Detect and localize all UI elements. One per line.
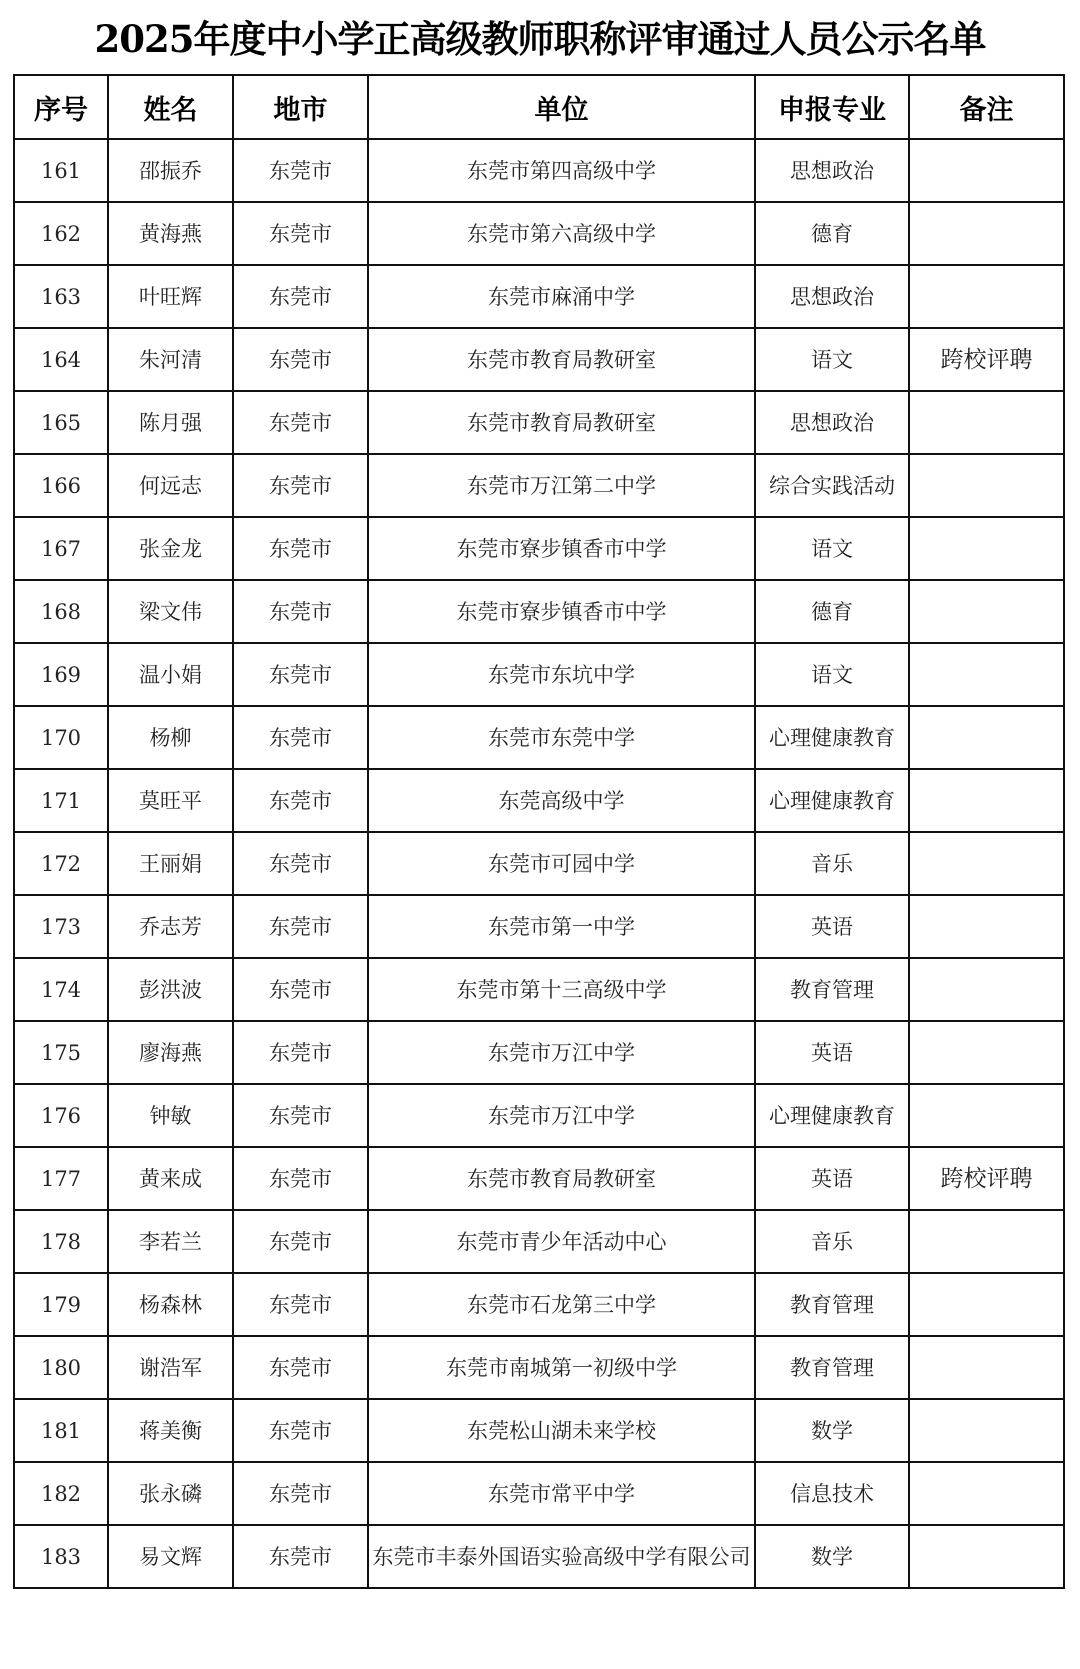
header-city: 地市 xyxy=(233,75,368,139)
cell-major: 心理健康教育 xyxy=(755,769,909,832)
cell-name: 何远志 xyxy=(108,454,233,517)
cell-remark xyxy=(909,580,1064,643)
cell-no: 176 xyxy=(14,1084,108,1147)
cell-major: 语文 xyxy=(755,643,909,706)
cell-city: 东莞市 xyxy=(233,517,368,580)
cell-major: 教育管理 xyxy=(755,1336,909,1399)
roster-table: 序号 姓名 地市 单位 申报专业 备注 161邵振乔东莞市东莞市第四高级中学思想… xyxy=(13,74,1065,1589)
cell-no: 183 xyxy=(14,1525,108,1588)
cell-city: 东莞市 xyxy=(233,895,368,958)
cell-no: 177 xyxy=(14,1147,108,1210)
cell-city: 东莞市 xyxy=(233,202,368,265)
cell-name: 廖海燕 xyxy=(108,1021,233,1084)
cell-city: 东莞市 xyxy=(233,1147,368,1210)
table-row: 180谢浩军东莞市东莞市南城第一初级中学教育管理 xyxy=(14,1336,1064,1399)
cell-remark: 跨校评聘 xyxy=(909,328,1064,391)
cell-unit: 东莞市东莞中学 xyxy=(368,706,755,769)
cell-no: 170 xyxy=(14,706,108,769)
table-row: 173乔志芳东莞市东莞市第一中学英语 xyxy=(14,895,1064,958)
cell-major: 音乐 xyxy=(755,832,909,895)
cell-no: 166 xyxy=(14,454,108,517)
cell-major: 语文 xyxy=(755,328,909,391)
cell-unit: 东莞松山湖未来学校 xyxy=(368,1399,755,1462)
cell-unit: 东莞市第六高级中学 xyxy=(368,202,755,265)
cell-city: 东莞市 xyxy=(233,391,368,454)
cell-unit: 东莞市麻涌中学 xyxy=(368,265,755,328)
header-major: 申报专业 xyxy=(755,75,909,139)
cell-remark xyxy=(909,643,1064,706)
cell-city: 东莞市 xyxy=(233,580,368,643)
table-row: 172王丽娟东莞市东莞市可园中学音乐 xyxy=(14,832,1064,895)
cell-no: 167 xyxy=(14,517,108,580)
table-row: 171莫旺平东莞市东莞高级中学心理健康教育 xyxy=(14,769,1064,832)
cell-name: 谢浩军 xyxy=(108,1336,233,1399)
cell-unit: 东莞市教育局教研室 xyxy=(368,328,755,391)
cell-remark xyxy=(909,1084,1064,1147)
cell-major: 思想政治 xyxy=(755,139,909,202)
document-title: 2025年度中小学正高级教师职称评审通过人员公示名单 xyxy=(0,14,1080,64)
cell-unit: 东莞市教育局教研室 xyxy=(368,1147,755,1210)
cell-no: 171 xyxy=(14,769,108,832)
cell-name: 温小娟 xyxy=(108,643,233,706)
cell-city: 东莞市 xyxy=(233,769,368,832)
cell-city: 东莞市 xyxy=(233,1336,368,1399)
cell-name: 张金龙 xyxy=(108,517,233,580)
header-unit: 单位 xyxy=(368,75,755,139)
cell-remark: 跨校评聘 xyxy=(909,1147,1064,1210)
cell-no: 174 xyxy=(14,958,108,1021)
cell-unit: 东莞市万江中学 xyxy=(368,1021,755,1084)
cell-city: 东莞市 xyxy=(233,454,368,517)
table-row: 168梁文伟东莞市东莞市寮步镇香市中学德育 xyxy=(14,580,1064,643)
cell-name: 易文辉 xyxy=(108,1525,233,1588)
table-row: 164朱河清东莞市东莞市教育局教研室语文跨校评聘 xyxy=(14,328,1064,391)
cell-name: 黄海燕 xyxy=(108,202,233,265)
cell-major: 英语 xyxy=(755,895,909,958)
cell-name: 钟敏 xyxy=(108,1084,233,1147)
table-row: 183易文辉东莞市东莞市丰泰外国语实验高级中学有限公司数学 xyxy=(14,1525,1064,1588)
cell-name: 彭洪波 xyxy=(108,958,233,1021)
table-row: 165陈月强东莞市东莞市教育局教研室思想政治 xyxy=(14,391,1064,454)
cell-unit: 东莞高级中学 xyxy=(368,769,755,832)
cell-major: 教育管理 xyxy=(755,1273,909,1336)
cell-remark xyxy=(909,517,1064,580)
cell-major: 综合实践活动 xyxy=(755,454,909,517)
cell-no: 163 xyxy=(14,265,108,328)
cell-remark xyxy=(909,391,1064,454)
cell-city: 东莞市 xyxy=(233,1462,368,1525)
cell-remark xyxy=(909,454,1064,517)
cell-name: 王丽娟 xyxy=(108,832,233,895)
table-row: 167张金龙东莞市东莞市寮步镇香市中学语文 xyxy=(14,517,1064,580)
table-row: 175廖海燕东莞市东莞市万江中学英语 xyxy=(14,1021,1064,1084)
cell-city: 东莞市 xyxy=(233,1210,368,1273)
cell-city: 东莞市 xyxy=(233,832,368,895)
cell-city: 东莞市 xyxy=(233,643,368,706)
cell-unit: 东莞市青少年活动中心 xyxy=(368,1210,755,1273)
cell-city: 东莞市 xyxy=(233,1399,368,1462)
cell-remark xyxy=(909,895,1064,958)
cell-major: 思想政治 xyxy=(755,265,909,328)
cell-unit: 东莞市石龙第三中学 xyxy=(368,1273,755,1336)
cell-name: 叶旺辉 xyxy=(108,265,233,328)
roster-body: 161邵振乔东莞市东莞市第四高级中学思想政治162黄海燕东莞市东莞市第六高级中学… xyxy=(14,139,1064,1588)
cell-major: 思想政治 xyxy=(755,391,909,454)
cell-unit: 东莞市常平中学 xyxy=(368,1462,755,1525)
cell-remark xyxy=(909,1525,1064,1588)
header-remark: 备注 xyxy=(909,75,1064,139)
cell-no: 182 xyxy=(14,1462,108,1525)
cell-city: 东莞市 xyxy=(233,1021,368,1084)
cell-city: 东莞市 xyxy=(233,1525,368,1588)
table-row: 176钟敏东莞市东莞市万江中学心理健康教育 xyxy=(14,1084,1064,1147)
cell-unit: 东莞市南城第一初级中学 xyxy=(368,1336,755,1399)
cell-unit: 东莞市第四高级中学 xyxy=(368,139,755,202)
table-row: 166何远志东莞市东莞市万江第二中学综合实践活动 xyxy=(14,454,1064,517)
cell-unit: 东莞市万江第二中学 xyxy=(368,454,755,517)
cell-name: 陈月强 xyxy=(108,391,233,454)
table-row: 179杨森林东莞市东莞市石龙第三中学教育管理 xyxy=(14,1273,1064,1336)
cell-city: 东莞市 xyxy=(233,706,368,769)
cell-unit: 东莞市第一中学 xyxy=(368,895,755,958)
cell-unit: 东莞市丰泰外国语实验高级中学有限公司 xyxy=(368,1525,755,1588)
cell-major: 数学 xyxy=(755,1399,909,1462)
cell-city: 东莞市 xyxy=(233,1273,368,1336)
table-row: 169温小娟东莞市东莞市东坑中学语文 xyxy=(14,643,1064,706)
cell-major: 音乐 xyxy=(755,1210,909,1273)
cell-major: 德育 xyxy=(755,202,909,265)
header-name: 姓名 xyxy=(108,75,233,139)
cell-city: 东莞市 xyxy=(233,958,368,1021)
cell-unit: 东莞市教育局教研室 xyxy=(368,391,755,454)
cell-major: 英语 xyxy=(755,1021,909,1084)
cell-remark xyxy=(909,202,1064,265)
cell-city: 东莞市 xyxy=(233,265,368,328)
header-row: 序号 姓名 地市 单位 申报专业 备注 xyxy=(14,75,1064,139)
table-row: 163叶旺辉东莞市东莞市麻涌中学思想政治 xyxy=(14,265,1064,328)
cell-name: 朱河清 xyxy=(108,328,233,391)
cell-name: 莫旺平 xyxy=(108,769,233,832)
cell-major: 心理健康教育 xyxy=(755,1084,909,1147)
cell-name: 黄来成 xyxy=(108,1147,233,1210)
table-row: 177黄来成东莞市东莞市教育局教研室英语跨校评聘 xyxy=(14,1147,1064,1210)
cell-remark xyxy=(909,769,1064,832)
cell-major: 德育 xyxy=(755,580,909,643)
cell-remark xyxy=(909,1399,1064,1462)
cell-remark xyxy=(909,1021,1064,1084)
table-row: 161邵振乔东莞市东莞市第四高级中学思想政治 xyxy=(14,139,1064,202)
cell-no: 179 xyxy=(14,1273,108,1336)
cell-no: 169 xyxy=(14,643,108,706)
cell-no: 172 xyxy=(14,832,108,895)
cell-name: 张永磷 xyxy=(108,1462,233,1525)
cell-city: 东莞市 xyxy=(233,139,368,202)
cell-remark xyxy=(909,1273,1064,1336)
table-row: 162黄海燕东莞市东莞市第六高级中学德育 xyxy=(14,202,1064,265)
cell-unit: 东莞市第十三高级中学 xyxy=(368,958,755,1021)
cell-name: 蒋美衡 xyxy=(108,1399,233,1462)
cell-unit: 东莞市万江中学 xyxy=(368,1084,755,1147)
table-row: 182张永磷东莞市东莞市常平中学信息技术 xyxy=(14,1462,1064,1525)
cell-unit: 东莞市寮步镇香市中学 xyxy=(368,580,755,643)
table-row: 181蒋美衡东莞市东莞松山湖未来学校数学 xyxy=(14,1399,1064,1462)
cell-no: 164 xyxy=(14,328,108,391)
cell-name: 邵振乔 xyxy=(108,139,233,202)
cell-name: 杨柳 xyxy=(108,706,233,769)
cell-major: 教育管理 xyxy=(755,958,909,1021)
cell-major: 信息技术 xyxy=(755,1462,909,1525)
cell-remark xyxy=(909,832,1064,895)
cell-unit: 东莞市寮步镇香市中学 xyxy=(368,517,755,580)
cell-name: 乔志芳 xyxy=(108,895,233,958)
cell-remark xyxy=(909,706,1064,769)
cell-remark xyxy=(909,139,1064,202)
cell-no: 161 xyxy=(14,139,108,202)
cell-name: 李若兰 xyxy=(108,1210,233,1273)
cell-no: 173 xyxy=(14,895,108,958)
cell-no: 181 xyxy=(14,1399,108,1462)
cell-major: 英语 xyxy=(755,1147,909,1210)
cell-name: 杨森林 xyxy=(108,1273,233,1336)
cell-no: 168 xyxy=(14,580,108,643)
cell-no: 178 xyxy=(14,1210,108,1273)
cell-city: 东莞市 xyxy=(233,1084,368,1147)
table-row: 170杨柳东莞市东莞市东莞中学心理健康教育 xyxy=(14,706,1064,769)
cell-major: 数学 xyxy=(755,1525,909,1588)
table-row: 178李若兰东莞市东莞市青少年活动中心音乐 xyxy=(14,1210,1064,1273)
cell-remark xyxy=(909,958,1064,1021)
cell-unit: 东莞市东坑中学 xyxy=(368,643,755,706)
cell-major: 心理健康教育 xyxy=(755,706,909,769)
cell-major: 语文 xyxy=(755,517,909,580)
cell-city: 东莞市 xyxy=(233,328,368,391)
cell-unit: 东莞市可园中学 xyxy=(368,832,755,895)
cell-no: 180 xyxy=(14,1336,108,1399)
header-no: 序号 xyxy=(14,75,108,139)
cell-remark xyxy=(909,1336,1064,1399)
cell-remark xyxy=(909,1462,1064,1525)
cell-no: 162 xyxy=(14,202,108,265)
table-row: 174彭洪波东莞市东莞市第十三高级中学教育管理 xyxy=(14,958,1064,1021)
cell-name: 梁文伟 xyxy=(108,580,233,643)
cell-remark xyxy=(909,1210,1064,1273)
cell-no: 165 xyxy=(14,391,108,454)
cell-remark xyxy=(909,265,1064,328)
cell-no: 175 xyxy=(14,1021,108,1084)
